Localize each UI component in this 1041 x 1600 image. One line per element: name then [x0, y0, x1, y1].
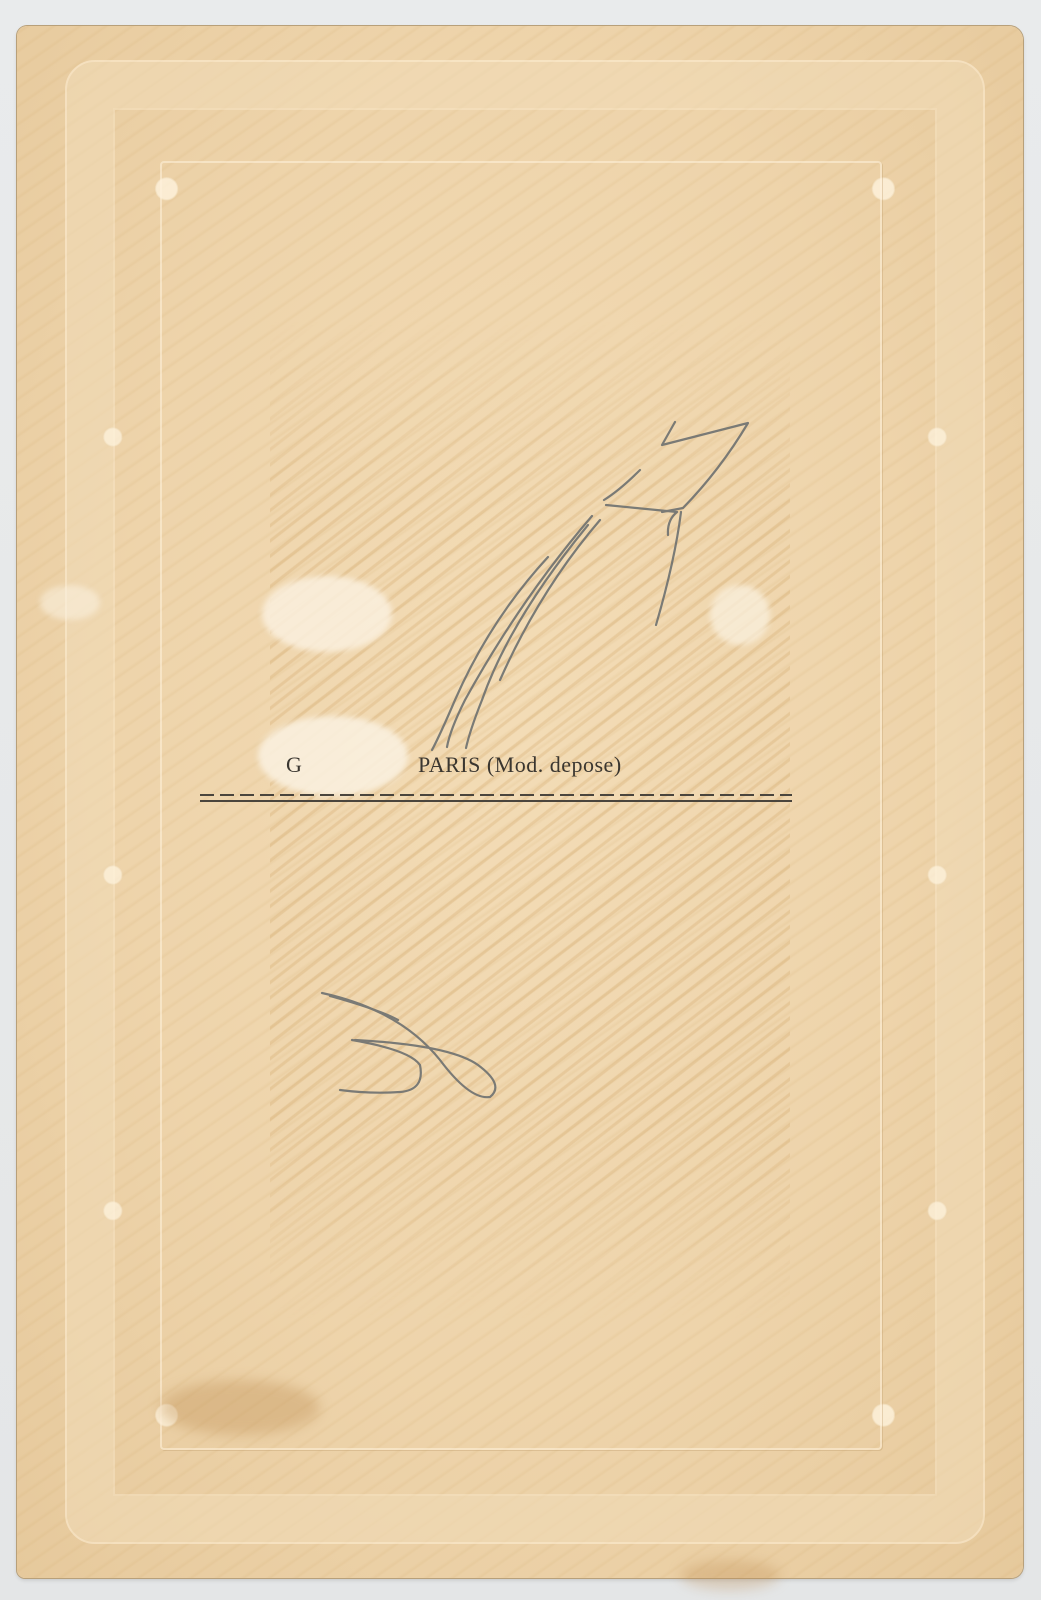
cabinet-card-back	[17, 26, 1023, 1578]
imprint-rule-lower	[200, 800, 792, 802]
imprint-text: PARIS (Mod. depose)	[418, 752, 622, 778]
imprint-initial: G	[286, 752, 302, 778]
imprint-rule-upper	[200, 794, 792, 796]
inner-panel-frame	[160, 161, 882, 1450]
scan-background: G PARIS (Mod. depose)	[0, 0, 1041, 1600]
